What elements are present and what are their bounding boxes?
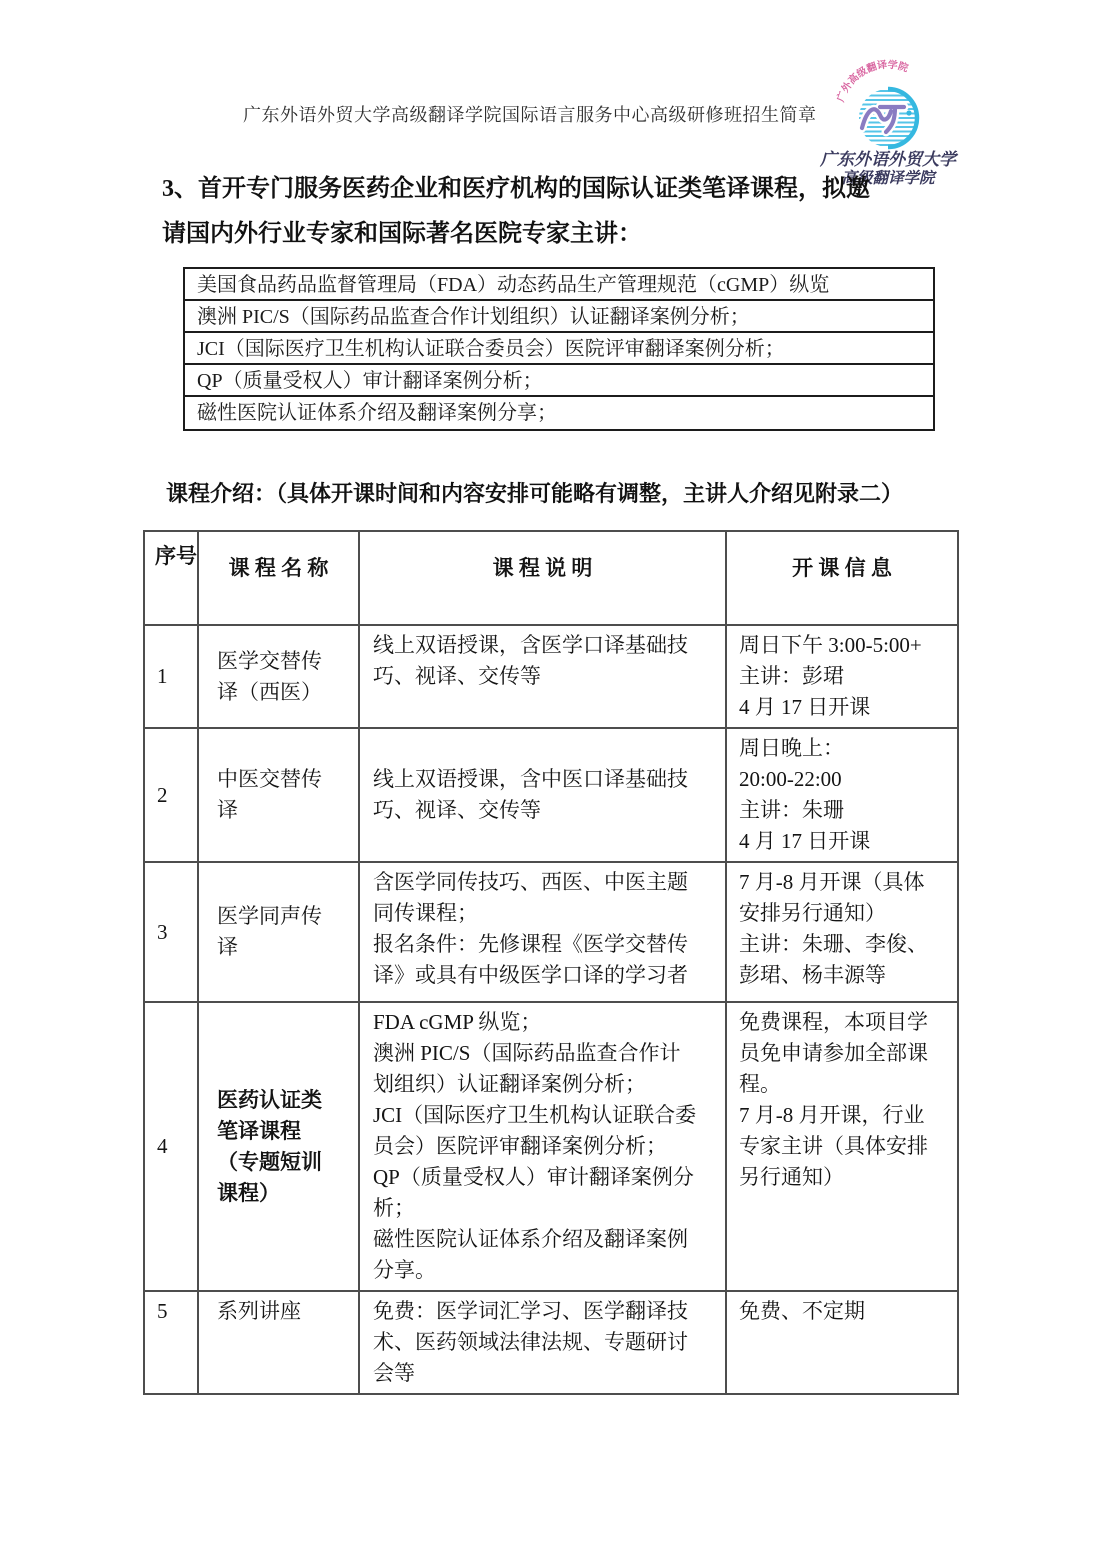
course-intro-note: 课程介绍：（具体开课时间和内容安排可能略有调整，主讲人介绍见附录二） (166, 477, 903, 508)
course-info: 免费课程，本项目学员免申请参加全部课程。 7 月-8 月开课，行业专家主讲（具体… (726, 1002, 958, 1291)
course-no: 3 (144, 862, 198, 1002)
course-info: 周日晚上： 20:00-22:00 主讲：朱珊 4 月 17 日开课 (726, 728, 958, 862)
cert-list-item: 磁性医院认证体系介绍及翻译案例分享； (185, 397, 933, 429)
column-header-no: 序号 (144, 531, 198, 625)
table-row: 2 中医交替传译 线上双语授课，含中医口译基础技巧、视译、交传等 周日晚上： 2… (144, 728, 958, 862)
certification-course-list: 美国食品药品监督管理局（FDA）动态药品生产管理规范（cGMP）纵览 澳洲 PI… (183, 267, 935, 431)
section-heading: 3、首开专门服务医药企业和医疗机构的国际认证类笔译课程，拟邀 请国内外行业专家和… (162, 167, 902, 257)
cert-list-item: QP（质量受权人）审计翻译案例分析； (185, 365, 933, 397)
course-no: 5 (144, 1291, 198, 1394)
table-row: 1 医学交替传译（西医） 线上双语授课，含医学口译基础技巧、视译、交传等 周日下… (144, 625, 958, 728)
logo-arc-text: 广外高级翻译学院 (834, 58, 910, 104)
table-header-row: 序号 课 程 名 称 课 程 说 明 开 课 信 息 (144, 531, 958, 625)
cert-list-item: JCI（国际医疗卫生机构认证联合委员会）医院评审翻译案例分析； (185, 333, 933, 365)
table-row: 5 系列讲座 免费：医学词汇学习、医学翻译技术、医药领域法律法规、专题研讨会等 … (144, 1291, 958, 1394)
course-desc: 线上双语授课，含中医口译基础技巧、视译、交传等 (359, 728, 726, 862)
section-heading-line2: 请国内外行业专家和国际著名医院专家主讲： (162, 212, 902, 257)
column-header-desc: 课 程 说 明 (359, 531, 726, 625)
table-row: 3 医学同声传译 含医学同传技巧、西医、中医主题同传课程； 报名条件：先修课程《… (144, 862, 958, 1002)
table-row: 4 医药认证类笔译课程（专题短训课程） FDA cGMP 纵览； 澳洲 PIC/… (144, 1002, 958, 1291)
page: { "document": { "header_line": "广东外语外贸大学… (0, 0, 1101, 1557)
cert-list-item: 美国食品药品监督管理局（FDA）动态药品生产管理规范（cGMP）纵览 (185, 269, 933, 301)
course-desc: FDA cGMP 纵览； 澳洲 PIC/S（国际药品监查合作计划组织）认证翻译案… (359, 1002, 726, 1291)
course-desc: 免费：医学词汇学习、医学翻译技术、医药领域法律法规、专题研讨会等 (359, 1291, 726, 1394)
course-name: 医学交替传译（西医） (198, 625, 359, 728)
section-heading-line1: 3、首开专门服务医药企业和医疗机构的国际认证类笔译课程，拟邀 (162, 167, 902, 212)
course-info: 周日下午 3:00-5:00+ 主讲：彭珺 4 月 17 日开课 (726, 625, 958, 728)
course-name: 系列讲座 (198, 1291, 359, 1394)
course-no: 2 (144, 728, 198, 862)
course-desc: 含医学同传技巧、西医、中医主题同传课程； 报名条件：先修课程《医学交替传译》或具… (359, 862, 726, 1002)
course-no: 1 (144, 625, 198, 728)
column-header-name: 课 程 名 称 (198, 531, 359, 625)
page-header-title: 广东外语外贸大学高级翻译学院国际语言服务中心高级研修班招生简章 (243, 101, 817, 127)
course-desc: 线上双语授课，含医学口译基础技巧、视译、交传等 (359, 625, 726, 728)
course-no: 4 (144, 1002, 198, 1291)
cert-list-item: 澳洲 PIC/S（国际药品监查合作计划组织）认证翻译案例分析； (185, 301, 933, 333)
course-name: 医学同声传译 (198, 862, 359, 1002)
course-name: 中医交替传译 (198, 728, 359, 862)
course-name: 医药认证类笔译课程（专题短训课程） (198, 1002, 359, 1291)
logo-monogram-icon (862, 107, 912, 132)
course-info: 免费、不定期 (726, 1291, 958, 1394)
column-header-info: 开 课 信 息 (726, 531, 958, 625)
course-table: 序号 课 程 名 称 课 程 说 明 开 课 信 息 1 医学交替传译（西医） … (143, 530, 959, 1395)
course-info: 7 月-8 月开课（具体安排另行通知） 主讲：朱珊、李俊、彭珺、杨丰源等 (726, 862, 958, 1002)
